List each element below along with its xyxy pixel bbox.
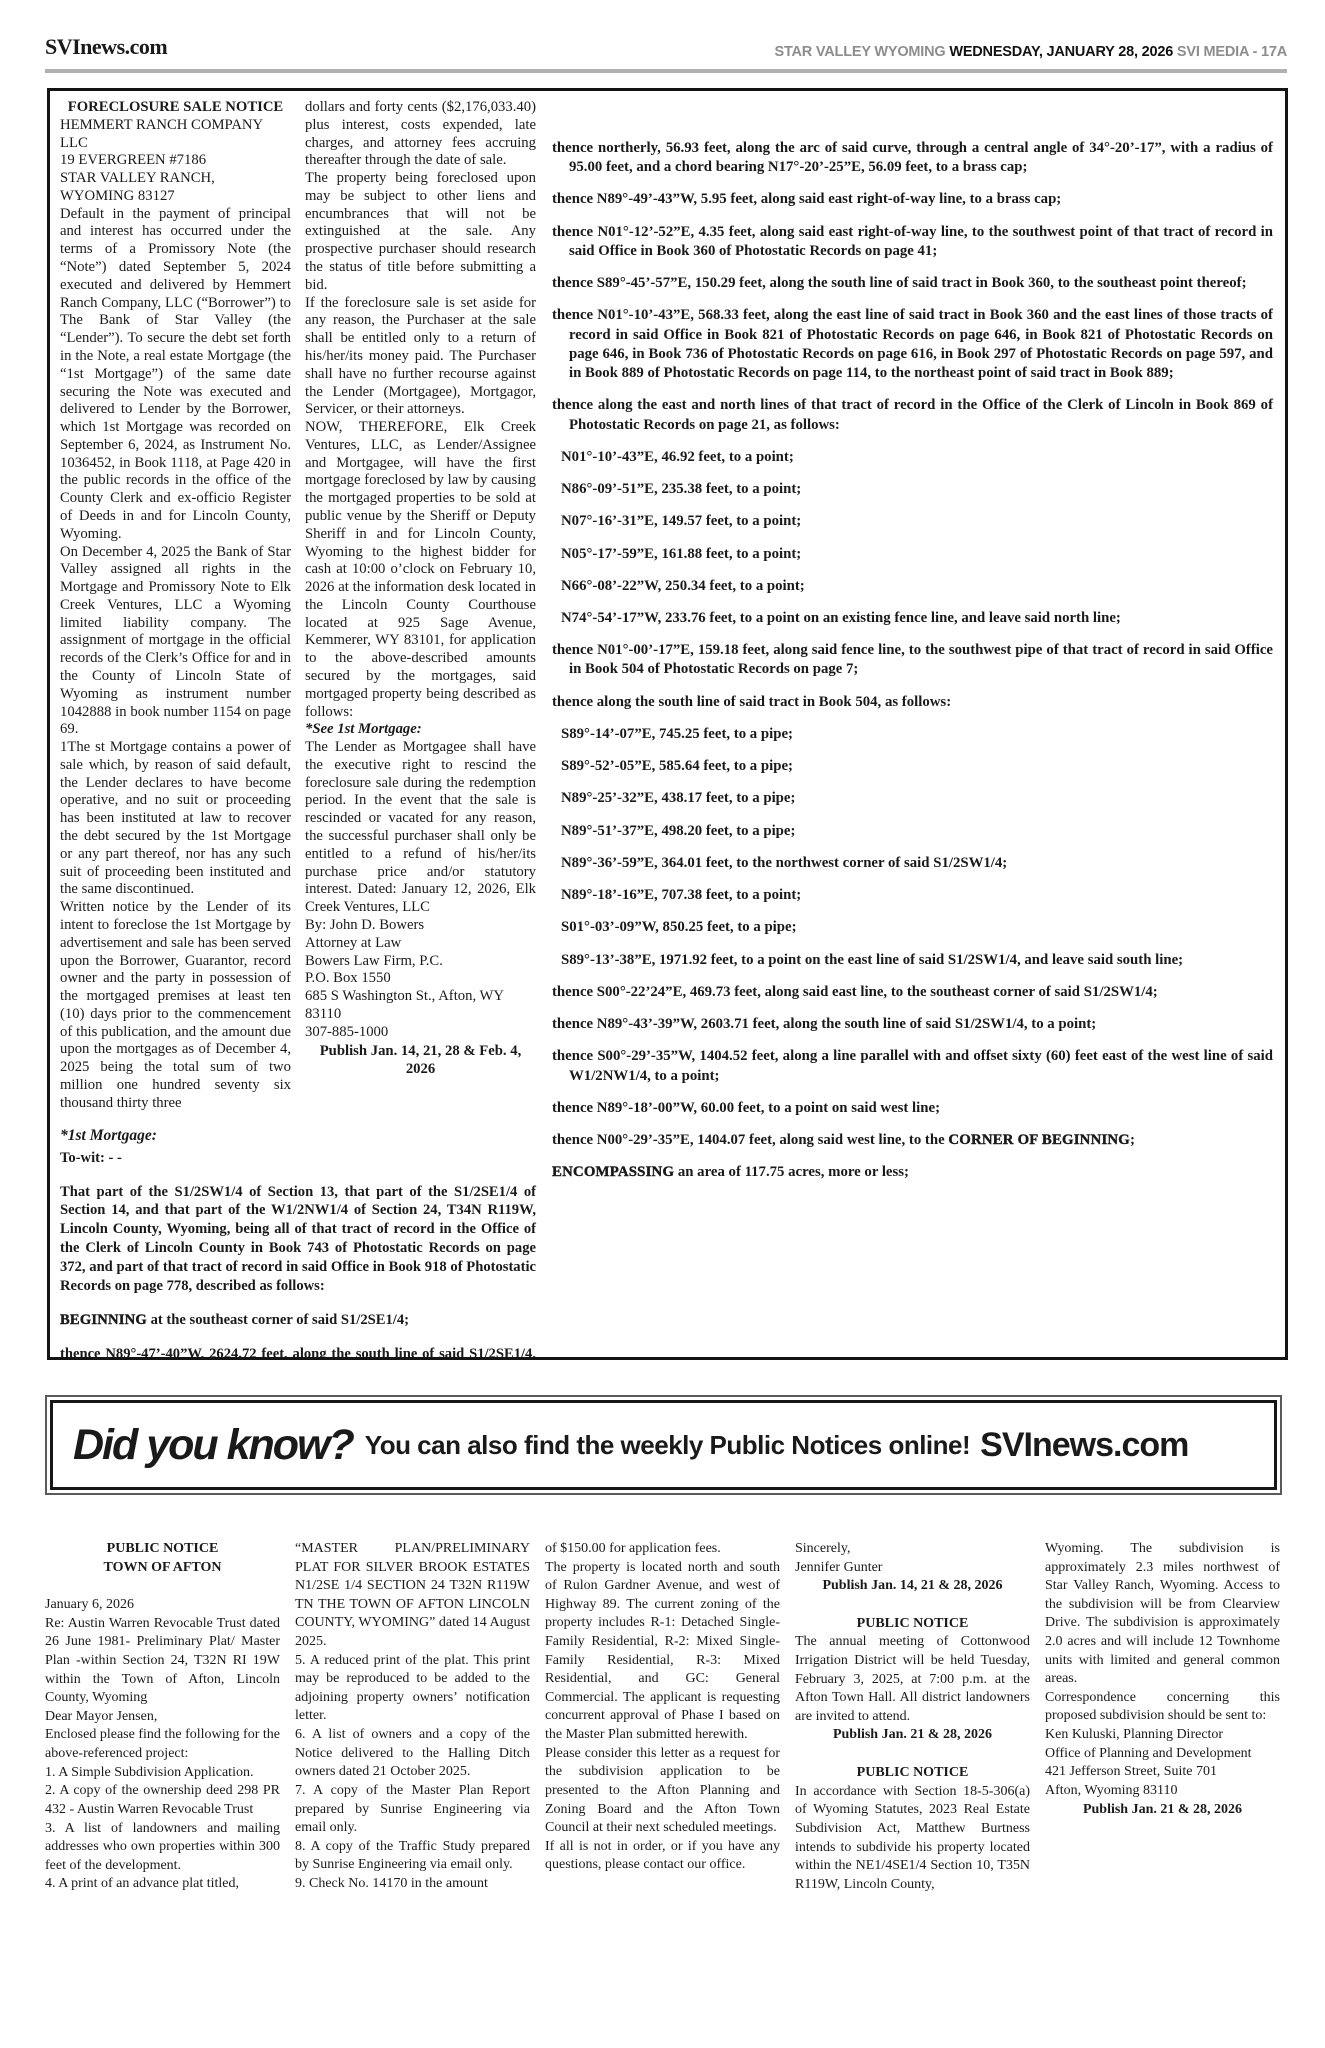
public-notice-paragraph: 2. A copy of the ownership deed 298 PR 4… <box>45 1782 280 1819</box>
metes-bounds-course: thence N01°-00’-17”E, 159.18 feet, along… <box>552 641 1273 679</box>
public-notice-paragraph: 1. A Simple Subdivision Application. <box>45 1764 280 1783</box>
notice-paragraph: Written notice by the Lender of its inte… <box>60 899 291 1112</box>
notice-paragraph: dollars and forty cents ($2,176,033.40) … <box>305 99 536 170</box>
public-notice-paragraph: Jennifer Gunter <box>795 1559 1030 1578</box>
public-notice-paragraph: PUBLIC NOTICE <box>45 1540 280 1559</box>
notice-paragraph: *See 1st Mortgage: <box>305 721 536 739</box>
metes-bounds-course: S01°-03’-09”W, 850.25 feet, to a pipe; <box>561 918 1273 937</box>
metes-bounds-course: N89°-36’-59”E, 364.01 feet, to the north… <box>561 854 1273 873</box>
foreclosure-title: FORECLOSURE SALE NOTICE <box>60 99 291 117</box>
masthead: SVInews.com STAR VALLEY WYOMING WEDNESDA… <box>45 34 1287 73</box>
metes-bounds-course: N66°-08’-22”W, 250.34 feet, to a point; <box>561 577 1273 596</box>
legal-description-paragraph: BEGINNING at the southeast corner of sai… <box>60 1311 536 1330</box>
banner-text: You can also find the weekly Public Noti… <box>365 1430 970 1461</box>
metes-bounds-course: S89°-13’-38”E, 1971.92 feet, to a point … <box>561 951 1273 970</box>
public-notice-paragraph: of $150.00 for application fees. <box>545 1540 780 1559</box>
metes-bounds-course: thence N00°-29’-35”E, 1404.07 feet, alon… <box>552 1131 1273 1150</box>
public-notice-paragraph: 8. A copy of the Traffic Study prepared … <box>295 1838 530 1875</box>
public-notice-paragraph: 5. A reduced print of the plat. This pri… <box>295 1652 530 1726</box>
metes-bounds-course: thence N89°-18’-00”W, 60.00 feet, to a p… <box>552 1099 1273 1118</box>
metes-bounds-course: thence N89°-49’-43”W, 5.95 feet, along s… <box>552 190 1273 209</box>
notice-paragraph: Publish Jan. 14, 21, 28 & Feb. 4, 2026 <box>305 1043 536 1079</box>
public-notice-paragraph: Publish Jan. 14, 21 & 28, 2026 <box>795 1577 1030 1596</box>
public-notice-paragraph: “MASTER PLAN/PRELIMINARY PLAT FOR SILVER… <box>295 1540 530 1652</box>
public-notices-section: PUBLIC NOTICETOWN OF AFTONJanuary 6, 202… <box>45 1540 1282 1894</box>
address-block: HEMMERT RANCH COMPANY LLC19 EVERGREEN #7… <box>60 117 291 206</box>
notice-paragraph: The Lender as Mortgagee shall have the e… <box>305 739 536 917</box>
public-notice-paragraph: 421 Jefferson Street, Suite 701 <box>1045 1763 1280 1782</box>
notice-paragraph: Default in the payment of principal and … <box>60 206 291 544</box>
notice-paragraph: NOW, THEREFORE, Elk Creek Ventures, LLC,… <box>305 419 536 721</box>
public-notice-paragraph: In accordance with Section 18-5-306(a) o… <box>795 1783 1030 1895</box>
site-name: SVInews.com <box>45 34 167 60</box>
public-notice-paragraph: PUBLIC NOTICE <box>795 1764 1030 1783</box>
metes-bounds-course: thence S00°-22’24”E, 469.73 feet, along … <box>552 983 1273 1002</box>
metes-bounds-course: thence S00°-29’-35”W, 1404.52 feet, alon… <box>552 1047 1273 1085</box>
newspaper-page: SVInews.com STAR VALLEY WYOMING WEDNESDA… <box>0 0 1325 2048</box>
metes-bounds-course: thence along the south line of said trac… <box>552 693 1273 712</box>
dateline-location: STAR VALLEY WYOMING <box>774 44 945 60</box>
public-notice-paragraph: 4. A print of an advance plat titled, <box>45 1875 280 1894</box>
public-notice-paragraph: Office of Planning and Development <box>1045 1745 1280 1764</box>
notice-paragraph: P.O. Box 1550 <box>305 970 536 988</box>
metes-bounds-course: N86°-09’-51”E, 235.38 feet, to a point; <box>561 480 1273 499</box>
metes-bounds-course: N89°-25’-32”E, 438.17 feet, to a pipe; <box>561 789 1273 808</box>
did-you-know-banner-inner: Did you know? You can also find the week… <box>50 1400 1277 1490</box>
banner-site-name: SVInews.com <box>980 1426 1188 1465</box>
public-notice-paragraph: Publish Jan. 21 & 28, 2026 <box>795 1726 1030 1745</box>
did-you-know-banner: Did you know? You can also find the week… <box>45 1395 1282 1495</box>
legal-description-paragraph: That part of the S1/2SW1/4 of Section 13… <box>60 1183 536 1297</box>
notice-paragraph: The property being foreclosed upon may b… <box>305 170 536 294</box>
notice-paragraph: By: John D. Bowers <box>305 917 536 935</box>
public-notice-paragraph: The property is located north and south … <box>545 1559 780 1745</box>
public-notice-column-5: Wyoming. The subdivision is approximatel… <box>1045 1540 1280 1894</box>
notice-paragraph: If the foreclosure sale is set aside for… <box>305 295 536 419</box>
legal-description-paragraph: thence N89°-47’-40”W, 2624.72 feet, alon… <box>60 1345 536 1360</box>
notice-paragraph: 307-885-1000 <box>305 1024 536 1042</box>
public-notice-column-2: “MASTER PLAN/PRELIMINARY PLAT FOR SILVER… <box>295 1540 530 1894</box>
metes-bounds-course: N89°-51’-37”E, 498.20 feet, to a pipe; <box>561 822 1273 841</box>
metes-bounds-course: N74°-54’-17”W, 233.76 feet, to a point o… <box>561 609 1273 628</box>
foreclosure-left-region: FORECLOSURE SALE NOTICE HEMMERT RANCH CO… <box>60 99 536 1349</box>
public-notice-paragraph: 6. A list of owners and a copy of the No… <box>295 1726 530 1782</box>
public-notice-paragraph: Wyoming. The subdivision is approximatel… <box>1045 1540 1280 1689</box>
public-notice-paragraph: 9. Check No. 14170 in the amount <box>295 1875 530 1894</box>
public-notice-paragraph: PUBLIC NOTICE <box>795 1615 1030 1634</box>
public-notice-column-1: PUBLIC NOTICETOWN OF AFTONJanuary 6, 202… <box>45 1540 280 1894</box>
address-line: STAR VALLEY RANCH, WYOMING 83127 <box>60 170 291 206</box>
notice-paragraph: 1The st Mortgage contains a power of sal… <box>60 739 291 899</box>
notice-paragraph: Attorney at Law <box>305 935 536 953</box>
metes-bounds-course: N05°-17’-59”E, 161.88 feet, to a point; <box>561 545 1273 564</box>
public-notice-paragraph: Sincerely, <box>795 1540 1030 1559</box>
public-notice-paragraph: If all is not in order, or if you have a… <box>545 1838 780 1875</box>
metes-bounds-column: thence northerly, 56.93 feet, along the … <box>536 99 1273 1349</box>
notice-paragraph: On December 4, 2025 the Bank of Star Val… <box>60 544 291 740</box>
banner-lead: Did you know? <box>73 1421 353 1470</box>
column-1-body: Default in the payment of principal and … <box>60 206 291 1113</box>
public-notice-column-4: Sincerely,Jennifer GunterPublish Jan. 14… <box>795 1540 1030 1894</box>
metes-bounds-course: N89°-18’-16”E, 707.38 feet, to a point; <box>561 886 1273 905</box>
public-notice-paragraph: TOWN OF AFTON <box>45 1559 280 1578</box>
public-notice-column-3: of $150.00 for application fees.The prop… <box>545 1540 780 1894</box>
foreclosure-notice-box: FORECLOSURE SALE NOTICE HEMMERT RANCH CO… <box>47 88 1288 1360</box>
foreclosure-column-1: FORECLOSURE SALE NOTICE HEMMERT RANCH CO… <box>60 99 291 1113</box>
public-notice-paragraph: 3. A list of landowners and mailing addr… <box>45 1820 280 1876</box>
public-notice-paragraph: Ken Kuluski, Planning Director <box>1045 1726 1280 1745</box>
metes-bounds-course: N01°-10’-43”E, 46.92 feet, to a point; <box>561 448 1273 467</box>
foreclosure-column-2: dollars and forty cents ($2,176,033.40) … <box>305 99 536 1113</box>
public-notice-paragraph: Re: Austin Warren Revocable Trust dated … <box>45 1615 280 1708</box>
metes-bounds-course: thence northerly, 56.93 feet, along the … <box>552 139 1273 177</box>
public-notice-paragraph: 7. A copy of the Master Plan Report prep… <box>295 1782 530 1838</box>
notice-paragraph: Bowers Law Firm, P.C. <box>305 953 536 971</box>
metes-bounds-course: thence along the east and north lines of… <box>552 396 1273 434</box>
public-notice-paragraph: Enclosed please find the following for t… <box>45 1726 280 1763</box>
address-line: HEMMERT RANCH COMPANY LLC <box>60 117 291 153</box>
metes-bounds-course: thence N89°-43’-39”W, 2603.71 feet, alon… <box>552 1015 1273 1034</box>
public-notice-paragraph: Afton, Wyoming 83110 <box>1045 1782 1280 1801</box>
public-notice-paragraph: January 6, 2026 <box>45 1596 280 1615</box>
public-notice-paragraph: Correspondence concerning this proposed … <box>1045 1689 1280 1726</box>
metes-bounds-course: S89°-52’-05”E, 585.64 feet, to a pipe; <box>561 757 1273 776</box>
column-2-body: dollars and forty cents ($2,176,033.40) … <box>305 99 536 1079</box>
address-line: 19 EVERGREEN #7186 <box>60 152 291 170</box>
metes-bounds-course: thence N01°-12’-52”E, 4.35 feet, along s… <box>552 223 1273 261</box>
public-notice-paragraph: Dear Mayor Jensen, <box>45 1708 280 1727</box>
metes-bounds-course: ENCOMPASSING an area of 117.75 acres, mo… <box>552 1163 1273 1182</box>
legal-description: To-wit: - -That part of the S1/2SW1/4 of… <box>60 1149 536 1360</box>
notice-paragraph: 685 S Washington St., Afton, WY 83110 <box>305 988 536 1024</box>
foreclosure-columns: FORECLOSURE SALE NOTICE HEMMERT RANCH CO… <box>60 99 536 1113</box>
dateline-date: WEDNESDAY, JANUARY 28, 2026 <box>949 44 1173 60</box>
first-mortgage-label: *1st Mortgage: <box>60 1127 536 1145</box>
public-notice-paragraph: The annual meeting of Cottonwood Irrigat… <box>795 1633 1030 1726</box>
dateline-media-page: SVI MEDIA - 17A <box>1177 44 1287 60</box>
public-notice-paragraph: Publish Jan. 21 & 28, 2026 <box>1045 1801 1280 1820</box>
metes-bounds-course: N07°-16’-31”E, 149.57 feet, to a point; <box>561 512 1273 531</box>
public-notice-paragraph: Please consider this letter as a request… <box>545 1745 780 1838</box>
metes-bounds-course: thence N01°-10’-43”E, 568.33 feet, along… <box>552 306 1273 383</box>
metes-bounds-course: S89°-14’-07”E, 745.25 feet, to a pipe; <box>561 725 1273 744</box>
metes-bounds-course: thence S89°-45’-57”E, 150.29 feet, along… <box>552 274 1273 293</box>
legal-description-paragraph: To-wit: - - <box>60 1149 536 1168</box>
dateline: STAR VALLEY WYOMING WEDNESDAY, JANUARY 2… <box>774 44 1287 60</box>
